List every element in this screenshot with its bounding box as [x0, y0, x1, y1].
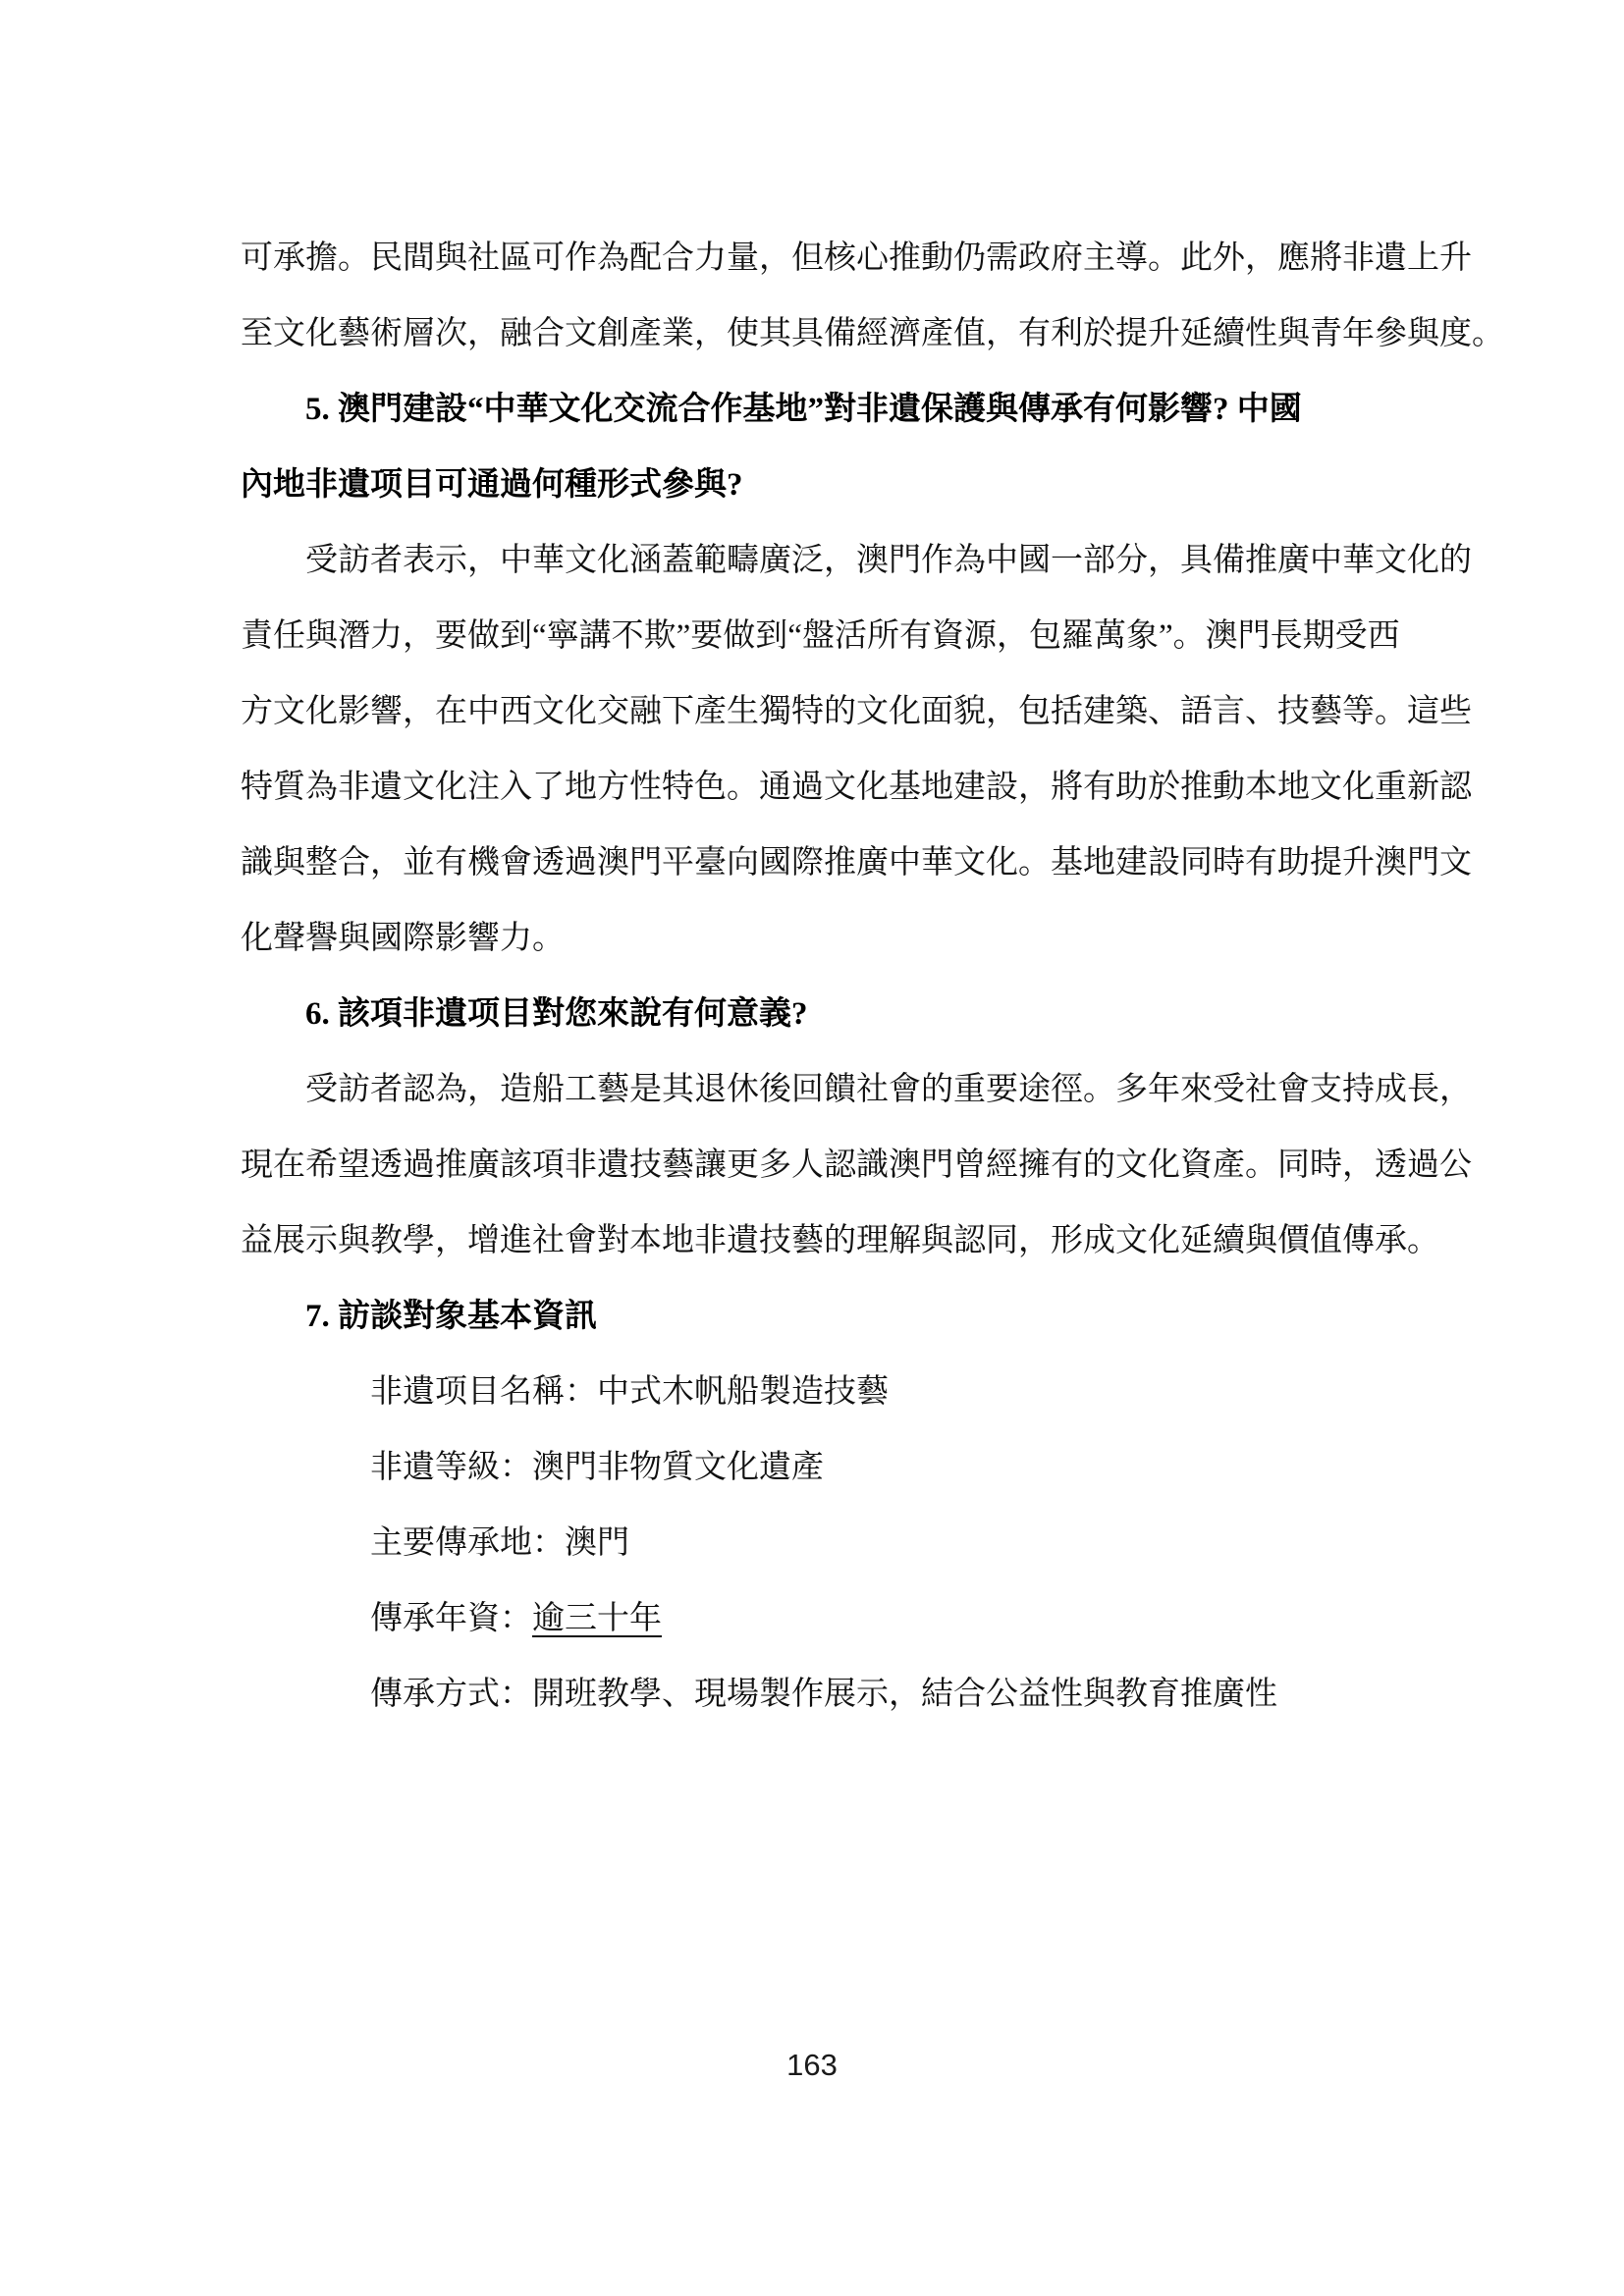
field-label: 傳承年資： [370, 1601, 532, 1636]
document-page: 可承擔。民間與社區可作為配合力量，但核心推動仍需政府主導。此外，應將非遺上升至文… [0, 0, 1624, 2296]
underlined-value: 逾三十年 [532, 1601, 662, 1636]
info-list-item: 傳承方式：開班教學、現場製作展示，結合公益性與教育推廣性 [241, 1657, 1488, 1733]
text-block: 可承擔。民間與社區可作為配合力量，但核心推動仍需政府主導。此外，應將非遺上升至文… [241, 221, 1488, 1733]
paragraph-line: 識與整合，並有機會透過澳門平臺向國際推廣中華文化。基地建設同時有助提升澳門文 [241, 826, 1488, 901]
info-list-item: 非遺项目名稱：中式木帆船製造技藝 [241, 1355, 1488, 1430]
paragraph-line: 益展示與教學，增進社會對本地非遺技藝的理解與認同，形成文化延續與價值傳承。 [241, 1203, 1488, 1279]
info-list-item: 傳承年資：逾三十年 [241, 1581, 1488, 1657]
section-heading: 6. 該項非遺项目對您來說有何意義? [241, 977, 1488, 1052]
info-list-item: 主要傳承地：澳門 [241, 1506, 1488, 1581]
section-heading: 內地非遺项目可通過何種形式參與? [241, 448, 1488, 523]
section-heading: 5. 澳門建設“中華文化交流合作基地”對非遺保護與傳承有何影響? 中國 [241, 372, 1488, 448]
paragraph-line: 方文化影響，在中西文化交融下產生獨特的文化面貌，包括建築、語言、技藝等。這些 [241, 674, 1488, 750]
paragraph-line: 受訪者認為，造船工藝是其退休後回饋社會的重要途徑。多年來受社會支持成長， [241, 1052, 1488, 1128]
paragraph-line: 化聲譽與國際影響力。 [241, 901, 1488, 977]
paragraph-line: 現在希望透過推廣該項非遺技藝讓更多人認識澳門曾經擁有的文化資產。同時，透過公 [241, 1128, 1488, 1203]
paragraph-line: 特質為非遺文化注入了地方性特色。通過文化基地建設，將有助於推動本地文化重新認 [241, 750, 1488, 826]
paragraph-line: 責任與潛力，要做到“寧講不欺”要做到“盤活所有資源，包羅萬象”。澳門長期受西 [241, 599, 1488, 674]
info-list-item: 非遺等級：澳門非物質文化遺產 [241, 1430, 1488, 1506]
paragraph-line: 可承擔。民間與社區可作為配合力量，但核心推動仍需政府主導。此外，應將非遺上升 [241, 221, 1488, 296]
paragraph-line: 至文化藝術層次，融合文創產業，使其具備經濟產值，有利於提升延續性與青年參與度。 [241, 296, 1488, 372]
section-heading: 7. 訪談對象基本資訊 [241, 1279, 1488, 1355]
page-number: 163 [0, 2048, 1624, 2083]
paragraph-line: 受訪者表示，中華文化涵蓋範疇廣泛，澳門作為中國一部分，具備推廣中華文化的 [241, 523, 1488, 599]
